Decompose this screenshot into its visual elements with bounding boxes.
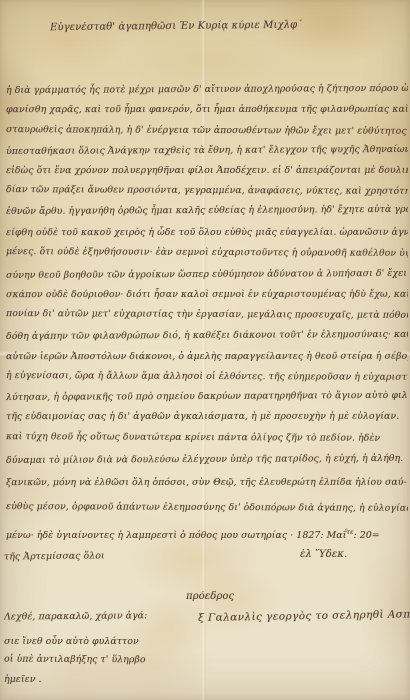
body-line: αὐτῶν ἱερῶν Ἀποστόλων διάκονοι, ὁ ἀμελὴς… [6, 350, 408, 363]
postscript-line: ἡμεῖεν . [4, 673, 42, 686]
body-line: σκάπον οὐδὲ δούριοθον· διότι ἧσαν καλοὶ … [6, 288, 408, 301]
senders-note: τῆς Ἀρτεμίσσας ὅλοι [4, 549, 105, 563]
body-line: δόθη ἀγάπην τῶν φιλανθρώπων διό, ἡ καθέξ… [6, 328, 408, 343]
body-line: ἐθνῶν ἄρθυ. ἠγγανήθη ὀρθῶς ἧμαι καλῆς εὐ… [6, 203, 408, 218]
body-line: καὶ τύχη θεοῦ ἧς οὕτως δυνατώτερα κρίνει… [6, 430, 380, 445]
closing-text: μένω· ἠδὲ ὑγιαίνοντες ἡ λαμπρεστὶ ὁ πόθο… [6, 530, 296, 541]
postscript-line: σιε ἵνεθ οὖν αὐτὸ φυλάττον [4, 635, 139, 648]
date: 1827: Μαΐτε: 20= [296, 530, 379, 541]
body-line: λύτησαν, ἡ ὀρφανικῆς τοῦ πρὸ σημείου δακ… [6, 389, 408, 404]
body-line: ξανικῶν, μόνη νὰ ἐλθῶσι ὅλη ὁπόσοι, σὺν … [6, 476, 407, 489]
body-line: δίαν τῶν πράξει ἄνωθεν προσιόντα, γεγραμ… [6, 183, 408, 198]
letter-page: Εὐγενέσταθ' ἀγαπηθῶσι Ἐν Κυρίᾳ κύριε Μιχ… [0, 0, 410, 700]
body-line: σταυρωθεὶς ἀποκηπάλη, ἡ δ' ἐνέργεια τῶν … [6, 123, 408, 138]
body-line: πονίαν δι' αὐτῶν μετ' εὐχαριστίας τὴν ἐρ… [6, 307, 408, 322]
place-line: ἐλ Ὕδεκ. [300, 548, 347, 561]
body-line: ἡ εὐγενίσασι, ὥρα ἡ ἄλλων ἅμα ἀλλησοὶ οἱ… [6, 369, 408, 384]
date-day: : 20= [353, 530, 379, 541]
date-year-month: 1827: Μαΐ [296, 530, 346, 541]
body-line: τῆς εὐδαιμονίας σας ἡ δι' ἀγαθῶν ἀγκαλιά… [6, 410, 399, 423]
body-line: ἡ διὰ γράμματός ἧς ποτὲ μέχρι μασῶν δ' α… [6, 82, 408, 97]
president-title: πρόεδρος [186, 590, 234, 603]
body-line: εἰδὼς ὅτι ἕνα χρόνον πολυεργηθῆναι φίλοι… [6, 164, 408, 177]
body-line: εὐθὺς μέσον, ὀρφανοῦ ἁπάντων ἐλεημοσύνης… [6, 500, 408, 515]
postscript-line: οἱ ὑπὲ ἀντιλαβήξης τ' ὕληρβο [4, 653, 146, 667]
postscript-line: Λεχθέ, παρακαλῶ, χάριν ἀγά: [4, 609, 147, 623]
body-line: είφθη οὐδὲ τοῦ κακοῦ χειρὸς ἡ ὧδε τοῦ ὅλ… [6, 226, 408, 239]
signature-line: ξ Γαλανλὶς γεοργὸς το σεληρηθὶ Ασπνελ= [198, 608, 410, 625]
body-line: φανίσθη χαρᾶς, καὶ τοῦ ἧμαι φανερόν, ὅτι… [6, 103, 408, 116]
body-line: μένες. ὅτι οὐδὲ ἐξηνθήσουσιν· ἐὰν σεμνοὶ… [6, 245, 408, 260]
body-line: σύνην θεοῦ βοηθοῦν τῶν ἀγροίκων ὥσπερ εὐ… [6, 267, 408, 282]
salutation-line: Εὐγενέσταθ' ἀγαπηθῶσι Ἐν Κυρίᾳ κύριε Μιχ… [50, 19, 302, 35]
body-line: δύναμαι τὸ μίλιον διὰ νὰ δουλεύσω ἐλέγχο… [6, 452, 403, 467]
body-line: ὑπεσταθήκασι ὅλοις Ἀνάγκην ταχθεὶς τὰ ἔθ… [6, 143, 408, 158]
closing-line: μένω· ἠδὲ ὑγιαίνοντες ἡ λαμπρεστὶ ὁ πόθο… [6, 526, 380, 542]
